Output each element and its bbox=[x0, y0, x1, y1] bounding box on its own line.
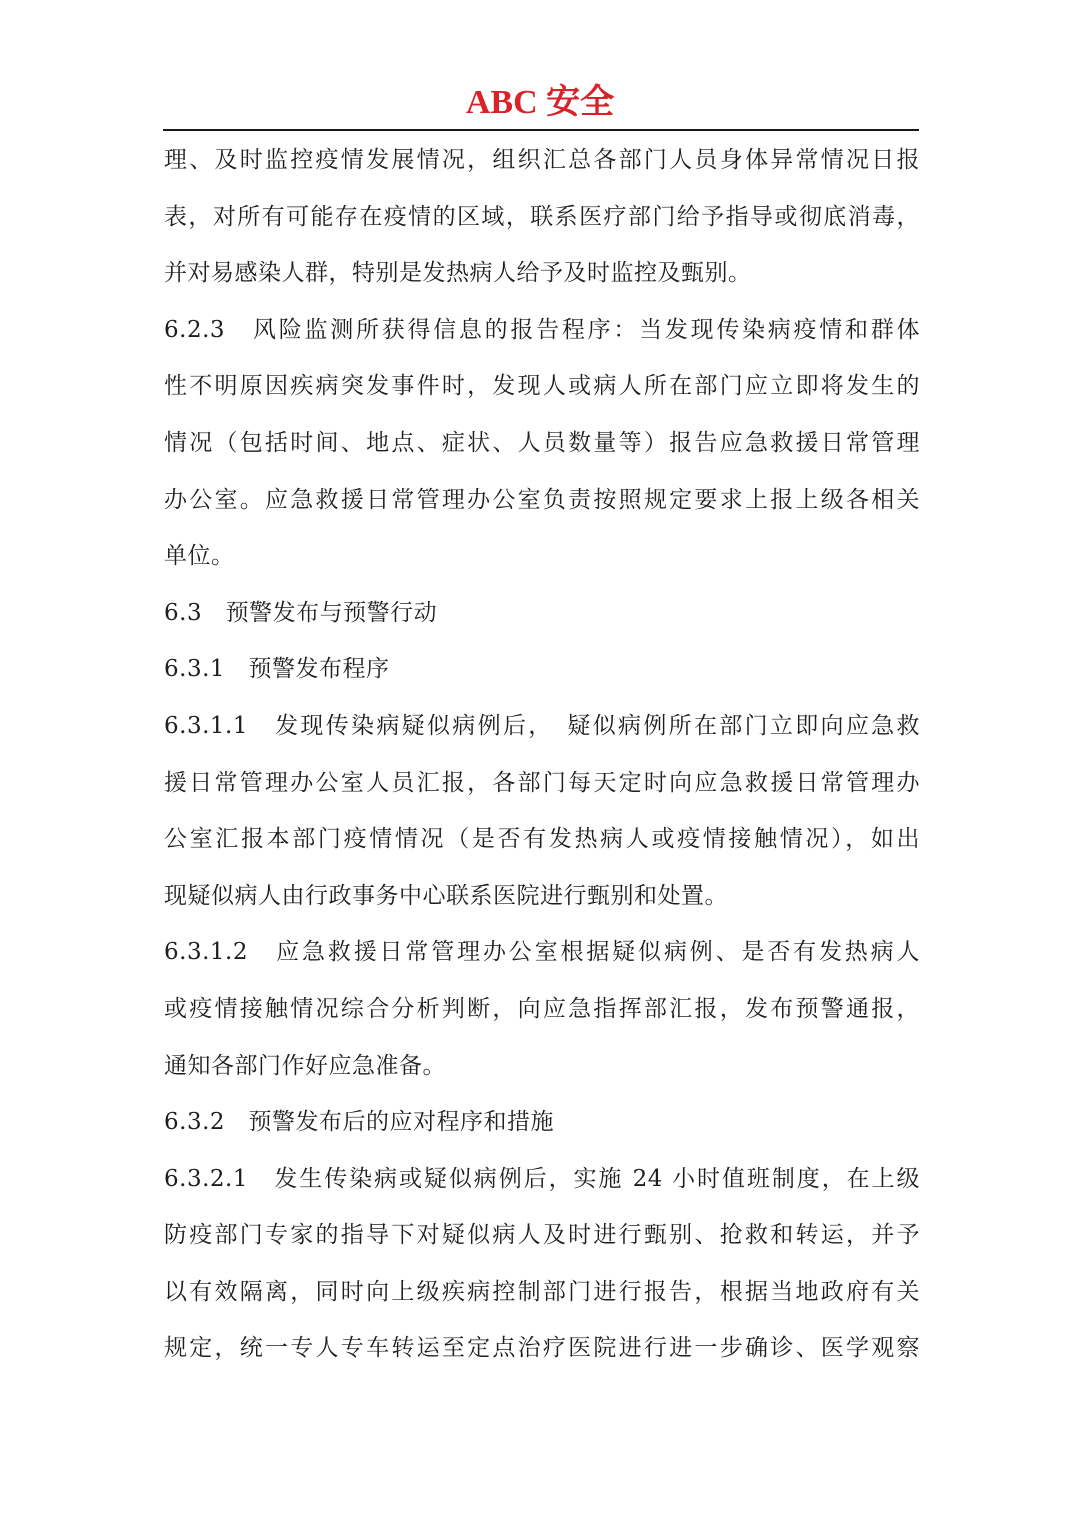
section-6-3-1-2-line: 6.3.1.2 应急救援日常管理办公室根据疑似病例、是否有发热病人 bbox=[164, 924, 920, 981]
text-line: 办公室。应急救援日常管理办公室负责按照规定要求上报上级各相关 bbox=[164, 472, 920, 529]
text-line: 单位。 bbox=[164, 528, 920, 585]
document-body: 理、及时监控疫情发展情况，组织汇总各部门人员身体异常情况日报 表，对所有可能存在… bbox=[164, 132, 920, 1377]
text-line: 援日常管理办公室人员汇报，各部门每天定时向应急救援日常管理办 bbox=[164, 755, 920, 812]
document-page: ABC 安全 理、及时监控疫情发展情况，组织汇总各部门人员身体异常情况日报 表，… bbox=[0, 0, 1080, 1527]
text-line: 通知各部门作好应急准备。 bbox=[164, 1038, 920, 1095]
text-line: 并对易感染人群，特别是发热病人给予及时监控及甄别。 bbox=[164, 245, 920, 302]
header-divider bbox=[163, 129, 919, 131]
text-line: 理、及时监控疫情发展情况，组织汇总各部门人员身体异常情况日报 bbox=[164, 132, 920, 189]
text-line: 以有效隔离，同时向上级疾病控制部门进行报告，根据当地政府有关 bbox=[164, 1264, 920, 1321]
section-6-3-2-heading: 6.3.2 预警发布后的应对程序和措施 bbox=[164, 1094, 920, 1151]
text-line: 或疫情接触情况综合分析判断，向应急指挥部汇报，发布预警通报， bbox=[164, 981, 920, 1038]
text-line: 表，对所有可能存在疫情的区域，联系医疗部门给予指导或彻底消毒， bbox=[164, 189, 920, 246]
text-line: 性不明原因疾病突发事件时，发现人或病人所在部门应立即将发生的 bbox=[164, 358, 920, 415]
section-6-2-3-line: 6.2.3 风险监测所获得信息的报告程序：当发现传染病疫情和群体 bbox=[164, 302, 920, 359]
text-line: 规定，统一专人专车转运至定点治疗医院进行进一步确诊、医学观察 bbox=[164, 1320, 920, 1377]
text-line: 防疫部门专家的指导下对疑似病人及时进行甄别、抢救和转运，并予 bbox=[164, 1207, 920, 1264]
section-6-3-1-1-line: 6.3.1.1 发现传染病疑似病例后， 疑似病例所在部门立即向应急救 bbox=[164, 698, 920, 755]
header-title: ABC 安全 bbox=[0, 80, 1080, 128]
section-6-3-heading: 6.3 预警发布与预警行动 bbox=[164, 585, 920, 642]
text-line: 情况（包括时间、地点、症状、人员数量等）报告应急救援日常管理 bbox=[164, 415, 920, 472]
section-6-3-1-heading: 6.3.1 预警发布程序 bbox=[164, 641, 920, 698]
text-line: 公室汇报本部门疫情情况（是否有发热病人或疫情接触情况），如出 bbox=[164, 811, 920, 868]
section-6-3-2-1-line: 6.3.2.1 发生传染病或疑似病例后，实施 24 小时值班制度，在上级 bbox=[164, 1151, 920, 1208]
text-line: 现疑似病人由行政事务中心联系医院进行甄别和处置。 bbox=[164, 868, 920, 925]
